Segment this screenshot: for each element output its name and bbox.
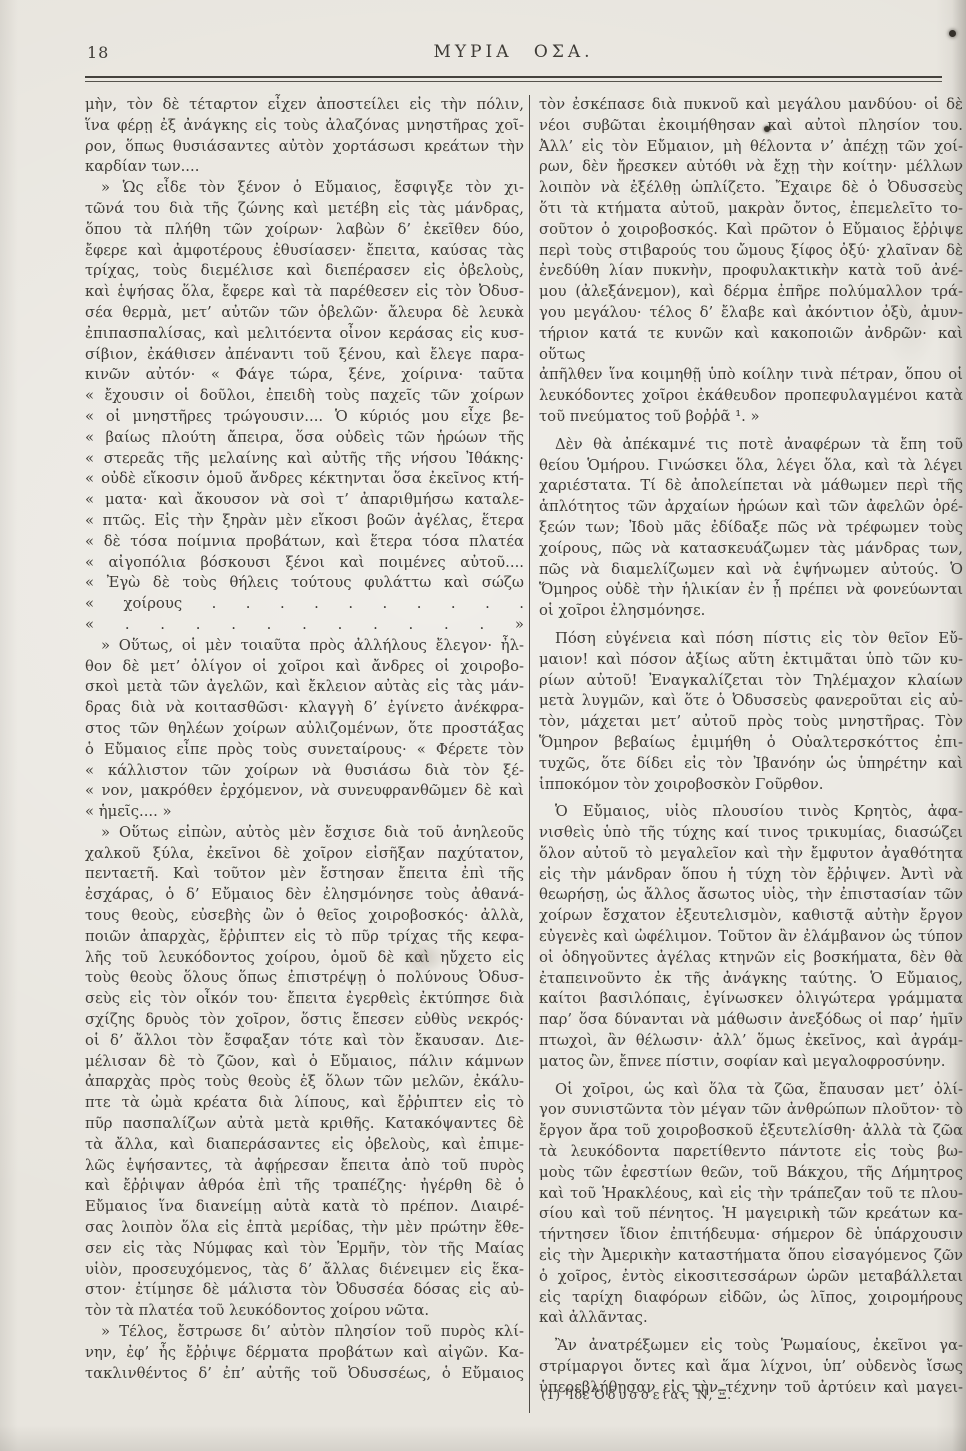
paragraph-last-line: ἱπποκόμον τὸν χοιροβοσκὸν Γοῦρθον.: [539, 775, 963, 796]
paragraph-lines: Οἱ χοῖροι, ὡς καὶ ὅλα τὰ ζῶα, ἔπαυσαν με…: [539, 1080, 963, 1309]
paragraph-lines: » Οὕτως εἰπὼν, αὐτὸς μὲν ἔσχισε διὰ τοῦ …: [85, 823, 524, 1301]
paragraph-last-line: οἱ χοῖροι ἐλησμόνησε.: [539, 601, 963, 622]
paragraph-last-line: τὸν τὰ πλατέα τοῦ λευκόδοντος χοίρου νῶτ…: [85, 1301, 524, 1322]
paragraph: » Οὕτως εἰπὼν, αὐτὸς μὲν ἔσχισε διὰ τοῦ …: [85, 823, 524, 1322]
paragraph: μὴν, τὸν δὲ τέταρτον εἶχεν ἀποστείλει εἰ…: [85, 95, 524, 178]
ink-speck: [764, 126, 770, 132]
paper-blotch: [880, 250, 940, 370]
paragraph-lines: » Οὕτως, οἱ μὲν τοιαῦτα πρὸς ἀλλήλους ἔλ…: [85, 636, 524, 802]
paragraph: » Τέλος, ἔστρωσε δι’ αὐτὸν πλησίον τοῦ π…: [85, 1322, 524, 1384]
paragraph-lines: μὴν, τὸν δὲ τέταρτον εἶχεν ἀποστείλει εἰ…: [85, 95, 524, 157]
text-column-left: μὴν, τὸν δὲ τέταρτον εἶχεν ἀποστείλει εἰ…: [85, 95, 524, 1400]
paragraph-last-line: « ἡμεῖς.... »: [85, 802, 524, 823]
paragraph-lines: Ὁ Εὔμαιος, υἱὸς πλουσίου τινὸς Κρητὸς, ἀ…: [539, 802, 963, 1052]
ink-speck: [949, 30, 956, 37]
scanned-book-page: 18 ΜΥΡΙΑ ΟΣΑ. μὴν, τὸν δὲ τέταρτον εἶχεν…: [0, 0, 966, 1451]
paragraph-last-line: καρδίαν των....: [85, 157, 524, 178]
running-head: 18 ΜΥΡΙΑ ΟΣΑ.: [85, 40, 942, 66]
paragraph-last-line: καὶ ἀλλᾶντας.: [539, 1308, 963, 1329]
paragraph: Πόση εὐγένεια καὶ πόση πίστις εἰς τὸν θε…: [539, 629, 963, 795]
paragraph-last-line: τοῦ πνεύματος τοῦ βοῤῥᾶ ¹. »: [539, 407, 963, 428]
paragraph-lines: Πόση εὐγένεια καὶ πόση πίστις εἰς τὸν θε…: [539, 629, 963, 775]
footnote-suffix: Ν, Ξ.: [692, 1388, 731, 1403]
paragraph: » Ὡς εἶδε τὸν ξένον ὁ Εὔμαιος, ἔσφιγξε τ…: [85, 178, 524, 636]
paragraph-lines: » Τέλος, ἔστρωσε δι’ αὐτὸν πλησίον τοῦ π…: [85, 1322, 524, 1384]
header-rule: [85, 76, 942, 82]
paragraph: Δὲν θὰ ἀπέκαμνέ τις ποτὲ ἀναφέρων τὰ ἔπη…: [539, 435, 963, 622]
paragraph-last-line: ματος ὢν, ἔπνεε πίστιν, σοφίαν καὶ μεγαλ…: [539, 1052, 963, 1073]
footnote: (1) Ἴδε Ὀδυσσείας Ν, Ξ.: [541, 1388, 963, 1403]
column-divider-rule: [529, 95, 530, 1413]
page-number: 18: [87, 43, 109, 62]
footnote-work-title: Ὀδυσσείας: [594, 1388, 692, 1403]
paragraph: Ὁ Εὔμαιος, υἱὸς πλουσίου τινὸς Κρητὸς, ἀ…: [539, 802, 963, 1072]
paper-blotch: [400, 940, 446, 974]
paragraph: Οἱ χοῖροι, ὡς καὶ ὅλα τὰ ζῶα, ἔπαυσαν με…: [539, 1080, 963, 1330]
paragraph-lines: » Ὡς εἶδε τὸν ξένον ὁ Εὔμαιος, ἔσφιγξε τ…: [85, 178, 524, 636]
paragraph: » Οὕτως, οἱ μὲν τοιαῦτα πρὸς ἀλλήλους ἔλ…: [85, 636, 524, 823]
journal-title: ΜΥΡΙΑ ΟΣΑ.: [85, 40, 942, 62]
footnote-prefix: (1) Ἴδε: [541, 1388, 594, 1403]
paragraph-lines: Δὲν θὰ ἀπέκαμνέ τις ποτὲ ἀναφέρων τὰ ἔπη…: [539, 435, 963, 601]
